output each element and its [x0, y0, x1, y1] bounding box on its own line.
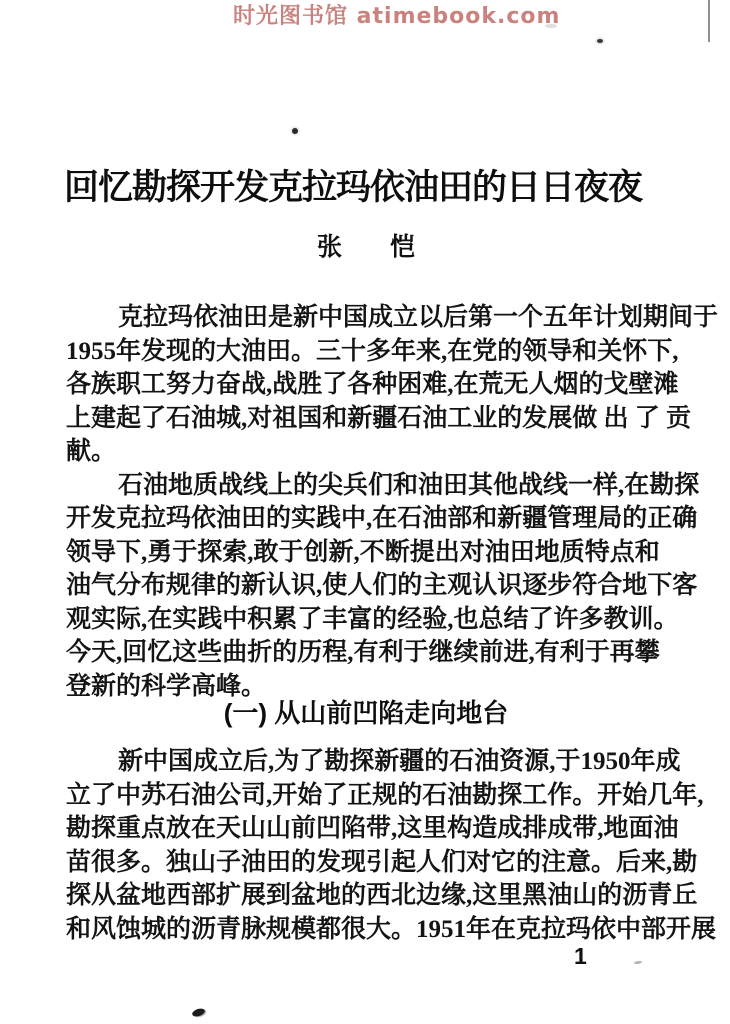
article-body: 克拉玛依油田是新中国成立以后第一个五年计划期间于 1955年发现的大油田。三十多… [66, 301, 666, 946]
text-line: 立了中苏石油公司,开始了正规的石油勘探工作。开始几年, [66, 779, 666, 813]
scan-speck [597, 39, 603, 43]
text-line: 观实际,在实践中积累了丰富的经验,也总结了许多教训。 [66, 603, 666, 637]
text-line: 苗很多。独山子油田的发现引起人们对它的注意。后来,勘 [66, 846, 666, 880]
text-line: 探从盆地西部扩展到盆地的西北边缘,这里黑油山的沥青丘 [66, 879, 666, 913]
author-surname: 张 [317, 233, 342, 261]
text-line: 油气分布规律的新认识,使人们的主观认识逐步符合地下客 [66, 569, 666, 603]
watermark-text: 时光图书馆 atimebook.com [233, 4, 560, 30]
text-line: 上建起了石油城,对祖国和新疆石油工业的发展做 出 了 贡 [66, 402, 666, 436]
scan-smudge [545, 24, 557, 28]
author-given-name: 恺 [390, 233, 415, 261]
page-number: 1 [574, 943, 587, 970]
author-name: 张恺 [66, 227, 666, 263]
text-line: 石油地质战线上的尖兵们和油田其他战线一样,在勘探 [66, 469, 666, 503]
scanned-book-page: 时光图书馆 atimebook.com 回忆勘探开发克拉玛依油田的日日夜夜 张恺… [0, 0, 730, 1024]
article-title: 回忆勘探开发克拉玛依油田的日日夜夜 [64, 160, 668, 210]
text-line: 克拉玛依油田是新中国成立以后第一个五年计划期间于 [66, 301, 666, 335]
scan-ink-blob [191, 1007, 206, 1018]
scan-artifact-line [708, 0, 710, 42]
text-line: 领导下,勇于探索,敢于创新,不断提出对油田地质特点和 [66, 536, 666, 570]
scan-dash [634, 960, 642, 964]
text-line: 新中国成立后,为了勘探新疆的石油资源,于1950年成 [66, 745, 666, 779]
text-line: 和风蚀城的沥青脉规模都很大。1951年在克拉玛依中部开展 [66, 913, 666, 947]
text-line: 各族职工努力奋战,战胜了各种困难,在荒无人烟的戈壁滩 [66, 368, 666, 402]
scan-speck [292, 128, 298, 134]
text-line: 献。 [66, 435, 666, 469]
text-line: 开发克拉玛依油田的实践中,在石油部和新疆管理局的正确 [66, 502, 666, 536]
text-line: 今天,回忆这些曲折的历程,有利于继续前进,有利于再攀 [66, 636, 666, 670]
text-line: 勘探重点放在天山山前凹陷带,这里构造成排成带,地面油 [66, 812, 666, 846]
text-line: 1955年发现的大油田。三十多年来,在党的领导和关怀下, [66, 335, 666, 369]
